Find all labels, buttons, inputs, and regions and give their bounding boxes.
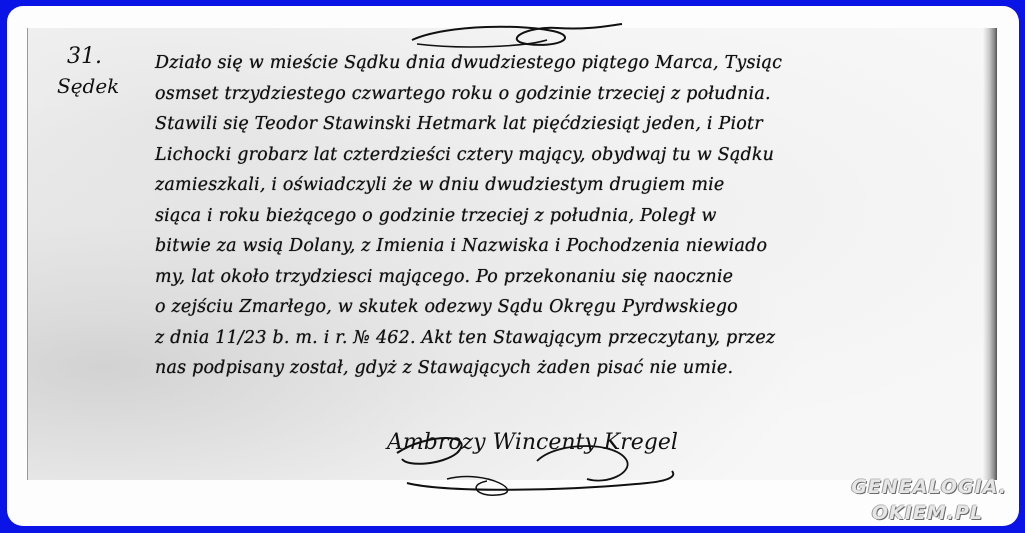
official-signature: Ambrozy Wincenty Kregel [387,430,678,455]
record-line: z dnia 11/23 b. m. i r. № 462. Akt ten S… [155,323,985,354]
record-body: Działo się w mieście Sądku dnia dwudzies… [155,48,985,384]
record-line: osmset trzydziestego czwartego roku o go… [155,79,985,110]
page-margin-rule [27,28,28,480]
margin-surname: Sędek [57,74,119,98]
page-binding-edge [983,28,997,480]
record-line: nas podpisany został, gdyż z Stawających… [155,353,985,384]
record-line: bitwie za wsią Dolany, z Imienia i Nazwi… [155,231,985,262]
watermark-line-1: GENEALOGIA. [851,476,1007,498]
document-card: 31. Sędek Działo się w mieście Sądku dni… [7,6,1019,526]
record-line: Działo się w mieście Sądku dnia dwudzies… [155,48,985,79]
entry-number: 31. [67,44,102,69]
watermark-line-2: OKIEM.PL [872,502,983,524]
scanned-record-image: 31. Sędek Działo się w mieście Sądku dni… [27,28,997,480]
record-line: my, lat około trzydziesci mającego. Po p… [155,262,985,293]
record-line: Stawili się Teodor Stawinski Hetmark lat… [155,109,985,140]
record-line: o zejściu Zmarłego, w skutek odezwy Sądu… [155,292,985,323]
record-line: zamieszkali, i oświadczyli że w dniu dwu… [155,170,985,201]
blue-frame: 31. Sędek Działo się w mieście Sądku dni… [0,0,1025,533]
record-line: Lichocki grobarz lat czterdzieści cztery… [155,140,985,171]
record-line: siąca i roku bieżącego o godzinie trzeci… [155,201,985,232]
